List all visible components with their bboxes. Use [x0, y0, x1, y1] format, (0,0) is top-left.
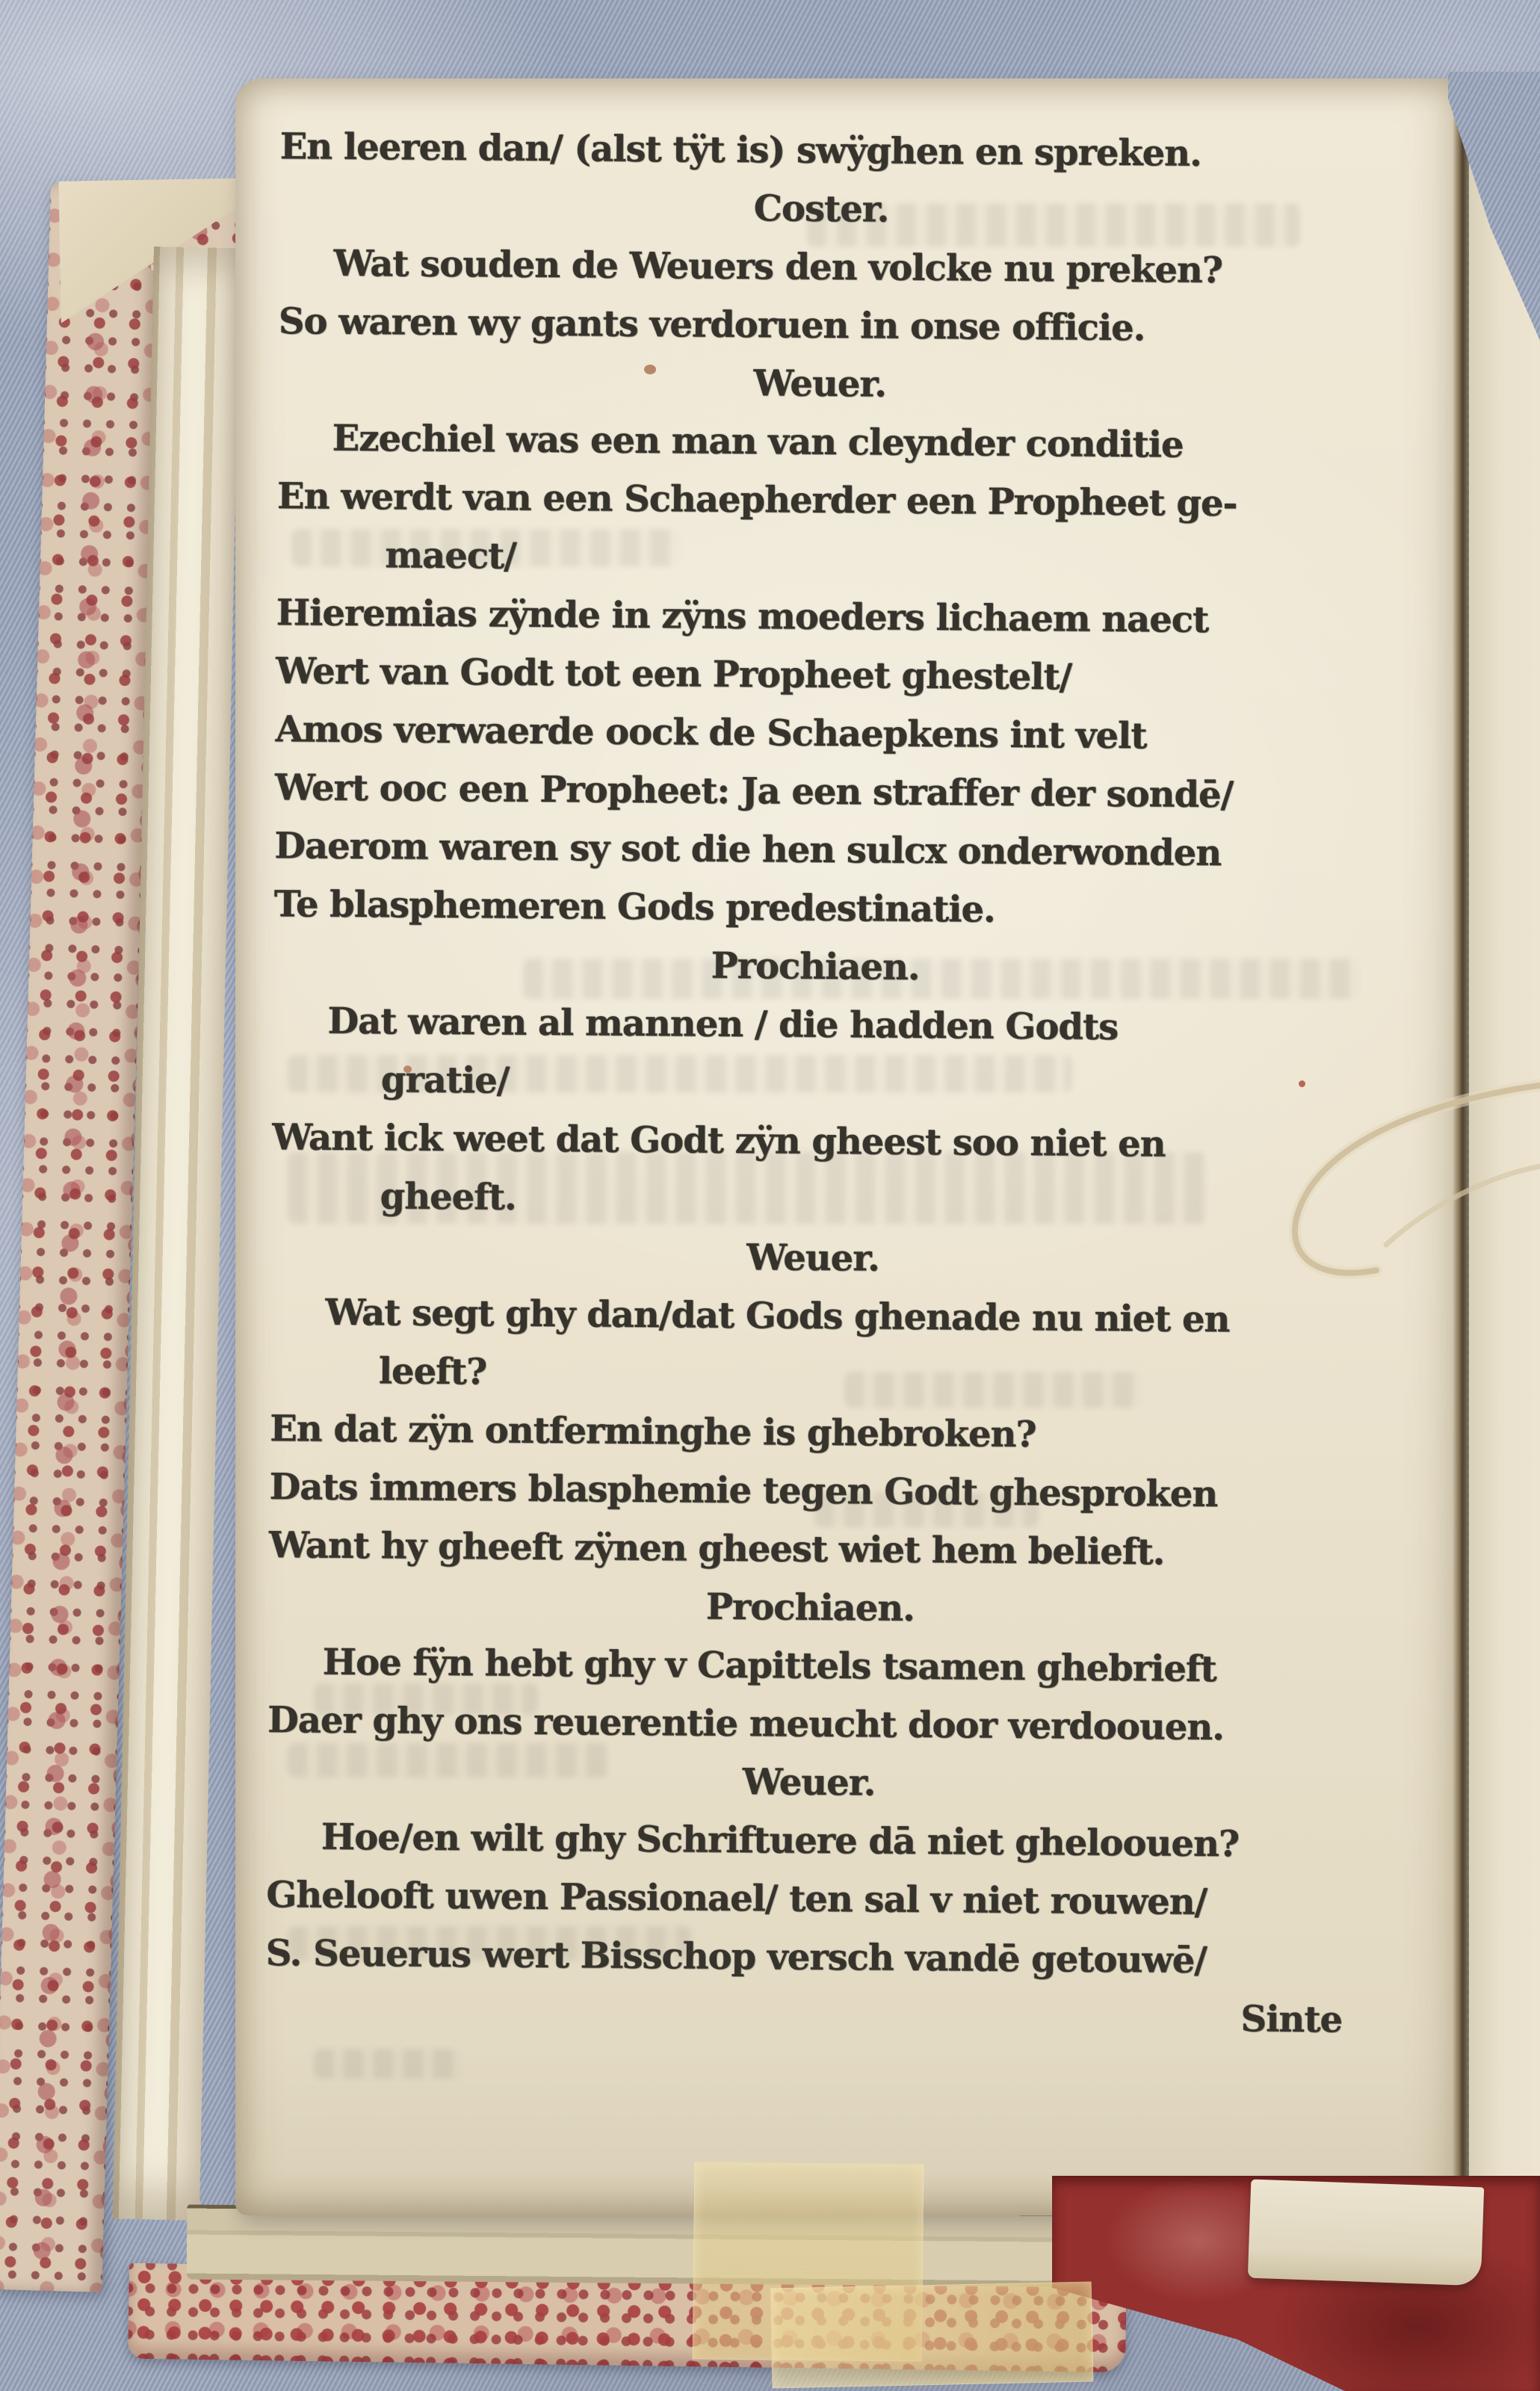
- verse-line: Ezechiel was een man van cleynder condit…: [266, 409, 1373, 476]
- verse-line: Wert van Godt tot een Propheet ghestelt/: [265, 642, 1371, 709]
- verse-line: Te blasphemeren Gods predestinatie.: [262, 875, 1369, 942]
- text-block: En leeren dan/ (alst tÿt is) swÿghen en …: [254, 117, 1375, 2050]
- verse-line: So waren wy gants verdoruen in onse offi…: [268, 292, 1374, 359]
- verse-line: Daer ghy ons reuerentie meucht door verd…: [256, 1691, 1363, 1758]
- tape-piece: [770, 2282, 1094, 2389]
- verse-line: Hoe fÿn hebt ghy v Capittels tsamen gheb…: [256, 1633, 1363, 1700]
- verse-line: Want hy gheeft zÿnen gheest wiet hem bel…: [258, 1516, 1364, 1583]
- speaker-heading: Weuer.: [260, 1225, 1367, 1292]
- verse-line: En werdt van een Schaepherder een Prophe…: [266, 467, 1373, 534]
- runover-line: maect/: [265, 525, 1372, 593]
- book-page: En leeren dan/ (alst tÿt is) swÿghen en …: [235, 78, 1467, 2215]
- verse-line: Dats immers blasphemie tegen Godt ghespr…: [258, 1458, 1364, 1525]
- speaker-heading: Weuer.: [256, 1749, 1362, 1816]
- speaker-heading: Coster.: [268, 176, 1375, 243]
- verse-line: Hieremias zÿnde in zÿns moeders lichaem …: [265, 584, 1371, 651]
- verse-line: Hoe/en wilt ghy Schriftuere dā niet ghel…: [256, 1807, 1362, 1875]
- speaker-heading: Weuer.: [267, 350, 1373, 418]
- verse-line: En dat zÿn ontferminghe is ghebroken?: [259, 1399, 1365, 1467]
- verse-line: Wert ooc een Propheet: Ja een straffer d…: [264, 758, 1370, 826]
- catchword: Sinte: [254, 1982, 1361, 2050]
- page-corner-flap: [1248, 2180, 1484, 2286]
- verse-line: Wat souden de Weuers den volcke nu preke…: [268, 234, 1374, 301]
- verse-line: S. Seuerus wert Bisschop versch vandē ge…: [254, 1924, 1361, 1991]
- runover-line: gratie/: [262, 1050, 1368, 1117]
- verse-line: Wat segt ghy dan/dat Gods ghenade nu nie…: [259, 1283, 1366, 1350]
- speaker-heading: Prochiaen.: [257, 1574, 1364, 1642]
- verse-line: En leeren dan/ (alst tÿt is) swÿghen en …: [268, 117, 1375, 185]
- verse-line: Want ick weet dat Godt zÿn gheest soo ni…: [261, 1108, 1367, 1175]
- verse-line: Amos verwaerde oock de Schaepkens int ve…: [264, 700, 1370, 767]
- speaker-heading: Prochiaen.: [262, 933, 1369, 1000]
- runover-line: gheeft.: [260, 1166, 1367, 1234]
- underlying-page-edge: [1469, 99, 1540, 2191]
- verse-line: Ghelooft uwen Passionael/ ten sal v niet…: [255, 1866, 1361, 1933]
- runover-line: leeft?: [259, 1341, 1366, 1408]
- verse-line: Dat waren al mannen / die hadden Godts: [262, 992, 1368, 1059]
- page-gutter-shadow: [1453, 88, 1471, 2188]
- verse-line: Daerom waren sy sot die hen sulcx onderw…: [263, 817, 1370, 884]
